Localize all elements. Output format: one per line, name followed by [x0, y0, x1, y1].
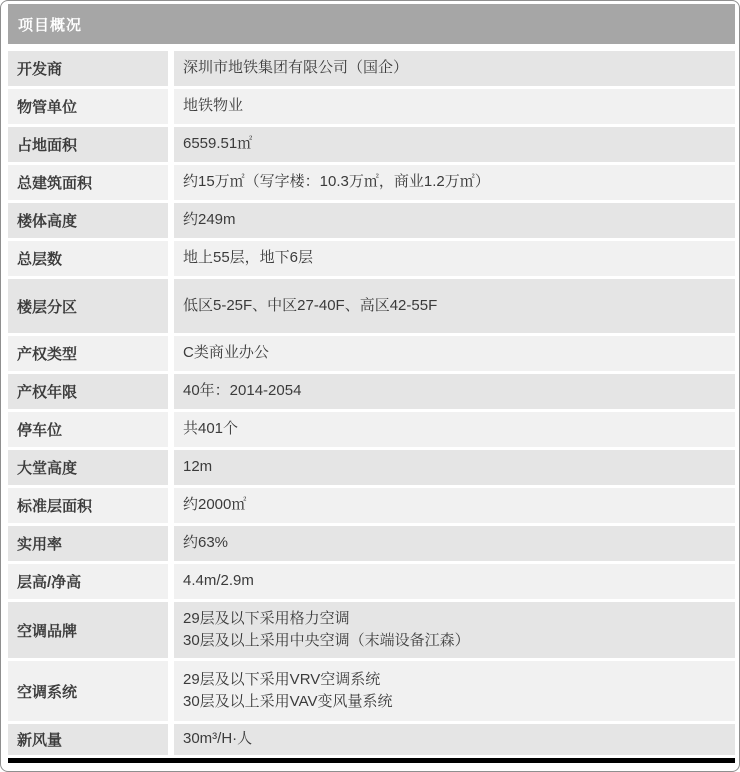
row-value: 约2000㎡: [174, 488, 735, 523]
row-label: 开发商: [8, 51, 168, 86]
table-row: 标准层面积 约2000㎡: [8, 488, 735, 523]
table-row: 总层数 地上55层，地下6层: [8, 241, 735, 276]
table-row: 空调系统 29层及以下采用VRV空调系统 30层及以上采用VAV变风量系统: [8, 661, 735, 721]
row-label: 占地面积: [8, 127, 168, 162]
row-label: 标准层面积: [8, 488, 168, 523]
row-label: 产权年限: [8, 374, 168, 409]
row-value: 低区5-25F、中区27-40F、高区42-55F: [174, 279, 735, 333]
row-value: C类商业办公: [174, 336, 735, 371]
row-label: 新风量: [8, 724, 168, 755]
table-title: 项目概况: [18, 14, 82, 35]
row-value: 深圳市地铁集团有限公司（国企）: [174, 51, 735, 86]
row-value: 约249m: [174, 203, 735, 238]
row-value: 约15万㎡（写字楼：10.3万㎡，商业1.2万㎡）: [174, 165, 735, 200]
row-value: 地上55层，地下6层: [174, 241, 735, 276]
table-row: 产权类型 C类商业办公: [8, 336, 735, 371]
table-row: 楼体高度 约249m: [8, 203, 735, 238]
table-title-bar: 项目概况: [8, 4, 735, 44]
row-label: 空调系统: [8, 661, 168, 721]
row-value: 12m: [174, 450, 735, 485]
row-value: 地铁物业: [174, 89, 735, 124]
table-row: 层高/净高 4.4m/2.9m: [8, 564, 735, 599]
row-value: 29层及以下采用格力空调 30层及以上采用中央空调（末端设备江森）: [174, 602, 735, 658]
row-label: 物管单位: [8, 89, 168, 124]
row-value: 约63%: [174, 526, 735, 561]
table-row: 物管单位 地铁物业: [8, 89, 735, 124]
row-label: 大堂高度: [8, 450, 168, 485]
table-row: 楼层分区 低区5-25F、中区27-40F、高区42-55F: [8, 279, 735, 333]
row-label: 实用率: [8, 526, 168, 561]
bottom-border: [8, 758, 735, 763]
row-label: 空调品牌: [8, 602, 168, 658]
row-label: 产权类型: [8, 336, 168, 371]
table-row: 空调品牌 29层及以下采用格力空调 30层及以上采用中央空调（末端设备江森）: [8, 602, 735, 658]
row-label: 楼层分区: [8, 279, 168, 333]
table-row: 占地面积 6559.51㎡: [8, 127, 735, 162]
table-row: 开发商 深圳市地铁集团有限公司（国企）: [8, 51, 735, 86]
table-row: 总建筑面积 约15万㎡（写字楼：10.3万㎡，商业1.2万㎡）: [8, 165, 735, 200]
row-label: 总层数: [8, 241, 168, 276]
table-row: 新风量 30m³/H·人: [8, 724, 735, 755]
row-label: 停车位: [8, 412, 168, 447]
row-value: 4.4m/2.9m: [174, 564, 735, 599]
row-label: 总建筑面积: [8, 165, 168, 200]
table-row: 产权年限 40年：2014-2054: [8, 374, 735, 409]
row-label: 楼体高度: [8, 203, 168, 238]
project-overview-page: 项目概况 开发商 深圳市地铁集团有限公司（国企） 物管单位 地铁物业 占地面积 …: [0, 0, 740, 772]
row-value: 40年：2014-2054: [174, 374, 735, 409]
row-label: 层高/净高: [8, 564, 168, 599]
table-row: 大堂高度 12m: [8, 450, 735, 485]
table-row: 实用率 约63%: [8, 526, 735, 561]
row-value: 共401个: [174, 412, 735, 447]
row-value: 6559.51㎡: [174, 127, 735, 162]
project-overview-table: 开发商 深圳市地铁集团有限公司（国企） 物管单位 地铁物业 占地面积 6559.…: [8, 51, 735, 755]
table-row: 停车位 共401个: [8, 412, 735, 447]
row-value: 30m³/H·人: [174, 724, 735, 755]
row-value: 29层及以下采用VRV空调系统 30层及以上采用VAV变风量系统: [174, 661, 735, 721]
